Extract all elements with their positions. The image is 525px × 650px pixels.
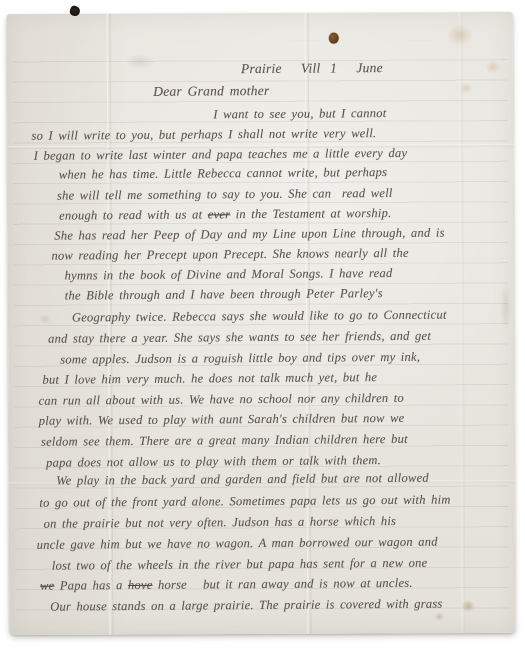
struck-word: hove: [128, 578, 153, 592]
letter-line-23: on the prairie but not very often. Judso…: [44, 515, 397, 531]
letter-text: papa does not allow us to play with them…: [46, 453, 381, 470]
letter-text: She has read her Peep of Day and my Line…: [54, 226, 445, 243]
letter-line-11: hymns in the book of Divine and Moral So…: [65, 267, 393, 283]
letter-line-7: she will tell me something to say to you…: [57, 187, 393, 203]
struck-word: ever: [208, 207, 231, 221]
letter-text: enough to read with us at: [59, 207, 208, 222]
letter-text: I want to see you, but I cannot: [213, 106, 386, 121]
letter-text: Dear Grand mother: [153, 83, 269, 99]
letter-line-26: we Papa has a hove horse but it ran away…: [40, 577, 413, 593]
letter-line-19: seldom see them. There are a great many …: [41, 433, 408, 449]
letter-line-25: lost two of the wheels in the river but …: [52, 557, 428, 573]
letter-text: hymns in the book of Divine and Moral So…: [65, 266, 393, 283]
letter-line-8: enough to read with us at ever in the Te…: [59, 207, 391, 223]
letter-line-18: play with. We used to play with aunt Sar…: [39, 412, 405, 428]
letter-text: play with. We used to play with aunt Sar…: [39, 411, 405, 428]
letter-lines: Prairie Vill 1 JuneDear Grand motherI wa…: [6, 11, 517, 636]
letter-line-5: I began to write last winter and papa te…: [34, 147, 408, 163]
letter-text: in the Testament at worship.: [230, 206, 391, 221]
letter-page: Prairie Vill 1 JuneDear Grand motherI wa…: [7, 12, 516, 635]
letter-line-10: now reading her Precept upon Precept. Sh…: [51, 247, 408, 263]
letter-text: horse but it ran away and is now at uncl…: [152, 576, 412, 592]
letter-text: Prairie Vill 1 June: [241, 60, 383, 76]
letter-line-20: papa does not allow us to play with them…: [46, 454, 381, 470]
letter-text: so I will write to you, but perhaps I sh…: [31, 126, 376, 143]
letter-line-21: We play in the back yard and garden and …: [56, 472, 429, 488]
letter-line-24: uncle gave him but we have no wagon. A m…: [37, 536, 438, 552]
letter-text: but I love him very much. he does not ta…: [42, 370, 377, 387]
letter-text: Geography twice. Rebecca says she would …: [72, 308, 447, 325]
letter-text: lost two of the wheels in the river but …: [52, 556, 428, 573]
letter-line-14: and stay there a year. She says she want…: [48, 330, 431, 346]
letter-text: she will tell me something to say to you…: [57, 186, 393, 203]
letter-line-13: Geography twice. Rebecca says she would …: [72, 309, 447, 325]
letter-text: Papa has a: [54, 578, 128, 593]
letter-text: to go out of the front yard alone. Somet…: [39, 493, 450, 510]
letter-line-12: the Bible through and I have been throug…: [65, 287, 383, 303]
letter-text: the Bible through and I have been throug…: [65, 286, 383, 302]
letter-text: and stay there a year. She says she want…: [48, 329, 431, 346]
struck-word: we: [40, 579, 55, 593]
letter-text: now reading her Precept upon Precept. Sh…: [51, 246, 408, 263]
letter-text: when he has time. Little Rebecca cannot …: [59, 165, 388, 182]
letter-line-9: She has read her Peep of Day and my Line…: [54, 227, 445, 243]
letter-line-22: to go out of the front yard alone. Somet…: [39, 494, 450, 510]
letter-line-3: I want to see you, but I cannot: [213, 107, 386, 121]
letter-line-16: but I love him very much. he does not ta…: [42, 371, 377, 387]
letter-text: on the prairie but not very often. Judso…: [44, 514, 397, 531]
letter-text: uncle gave him but we have no wagon. A m…: [37, 535, 438, 552]
letter-line-17: can run all about with us. We have no sc…: [39, 392, 404, 408]
letter-line-4: so I will write to you, but perhaps I sh…: [31, 127, 376, 143]
letter-text: Our house stands on a large prairie. The…: [50, 597, 442, 614]
letter-text: seldom see them. There are a great many …: [41, 432, 408, 449]
letter-text: We play in the back yard and garden and …: [56, 471, 429, 488]
letter-text: I began to write last winter and papa te…: [34, 146, 408, 163]
letter-text: can run all about with us. We have no sc…: [39, 391, 404, 408]
salutation: Dear Grand mother: [153, 84, 269, 99]
letter-line-6: when he has time. Little Rebecca cannot …: [59, 166, 387, 182]
letter-line-15: some apples. Judson is a roguish little …: [60, 351, 420, 367]
letter-line-27: Our house stands on a large prairie. The…: [50, 598, 442, 614]
scan-background: Prairie Vill 1 JuneDear Grand motherI wa…: [0, 0, 525, 650]
letter-text: some apples. Judson is a roguish little …: [60, 350, 420, 367]
dateline: Prairie Vill 1 June: [241, 61, 383, 76]
